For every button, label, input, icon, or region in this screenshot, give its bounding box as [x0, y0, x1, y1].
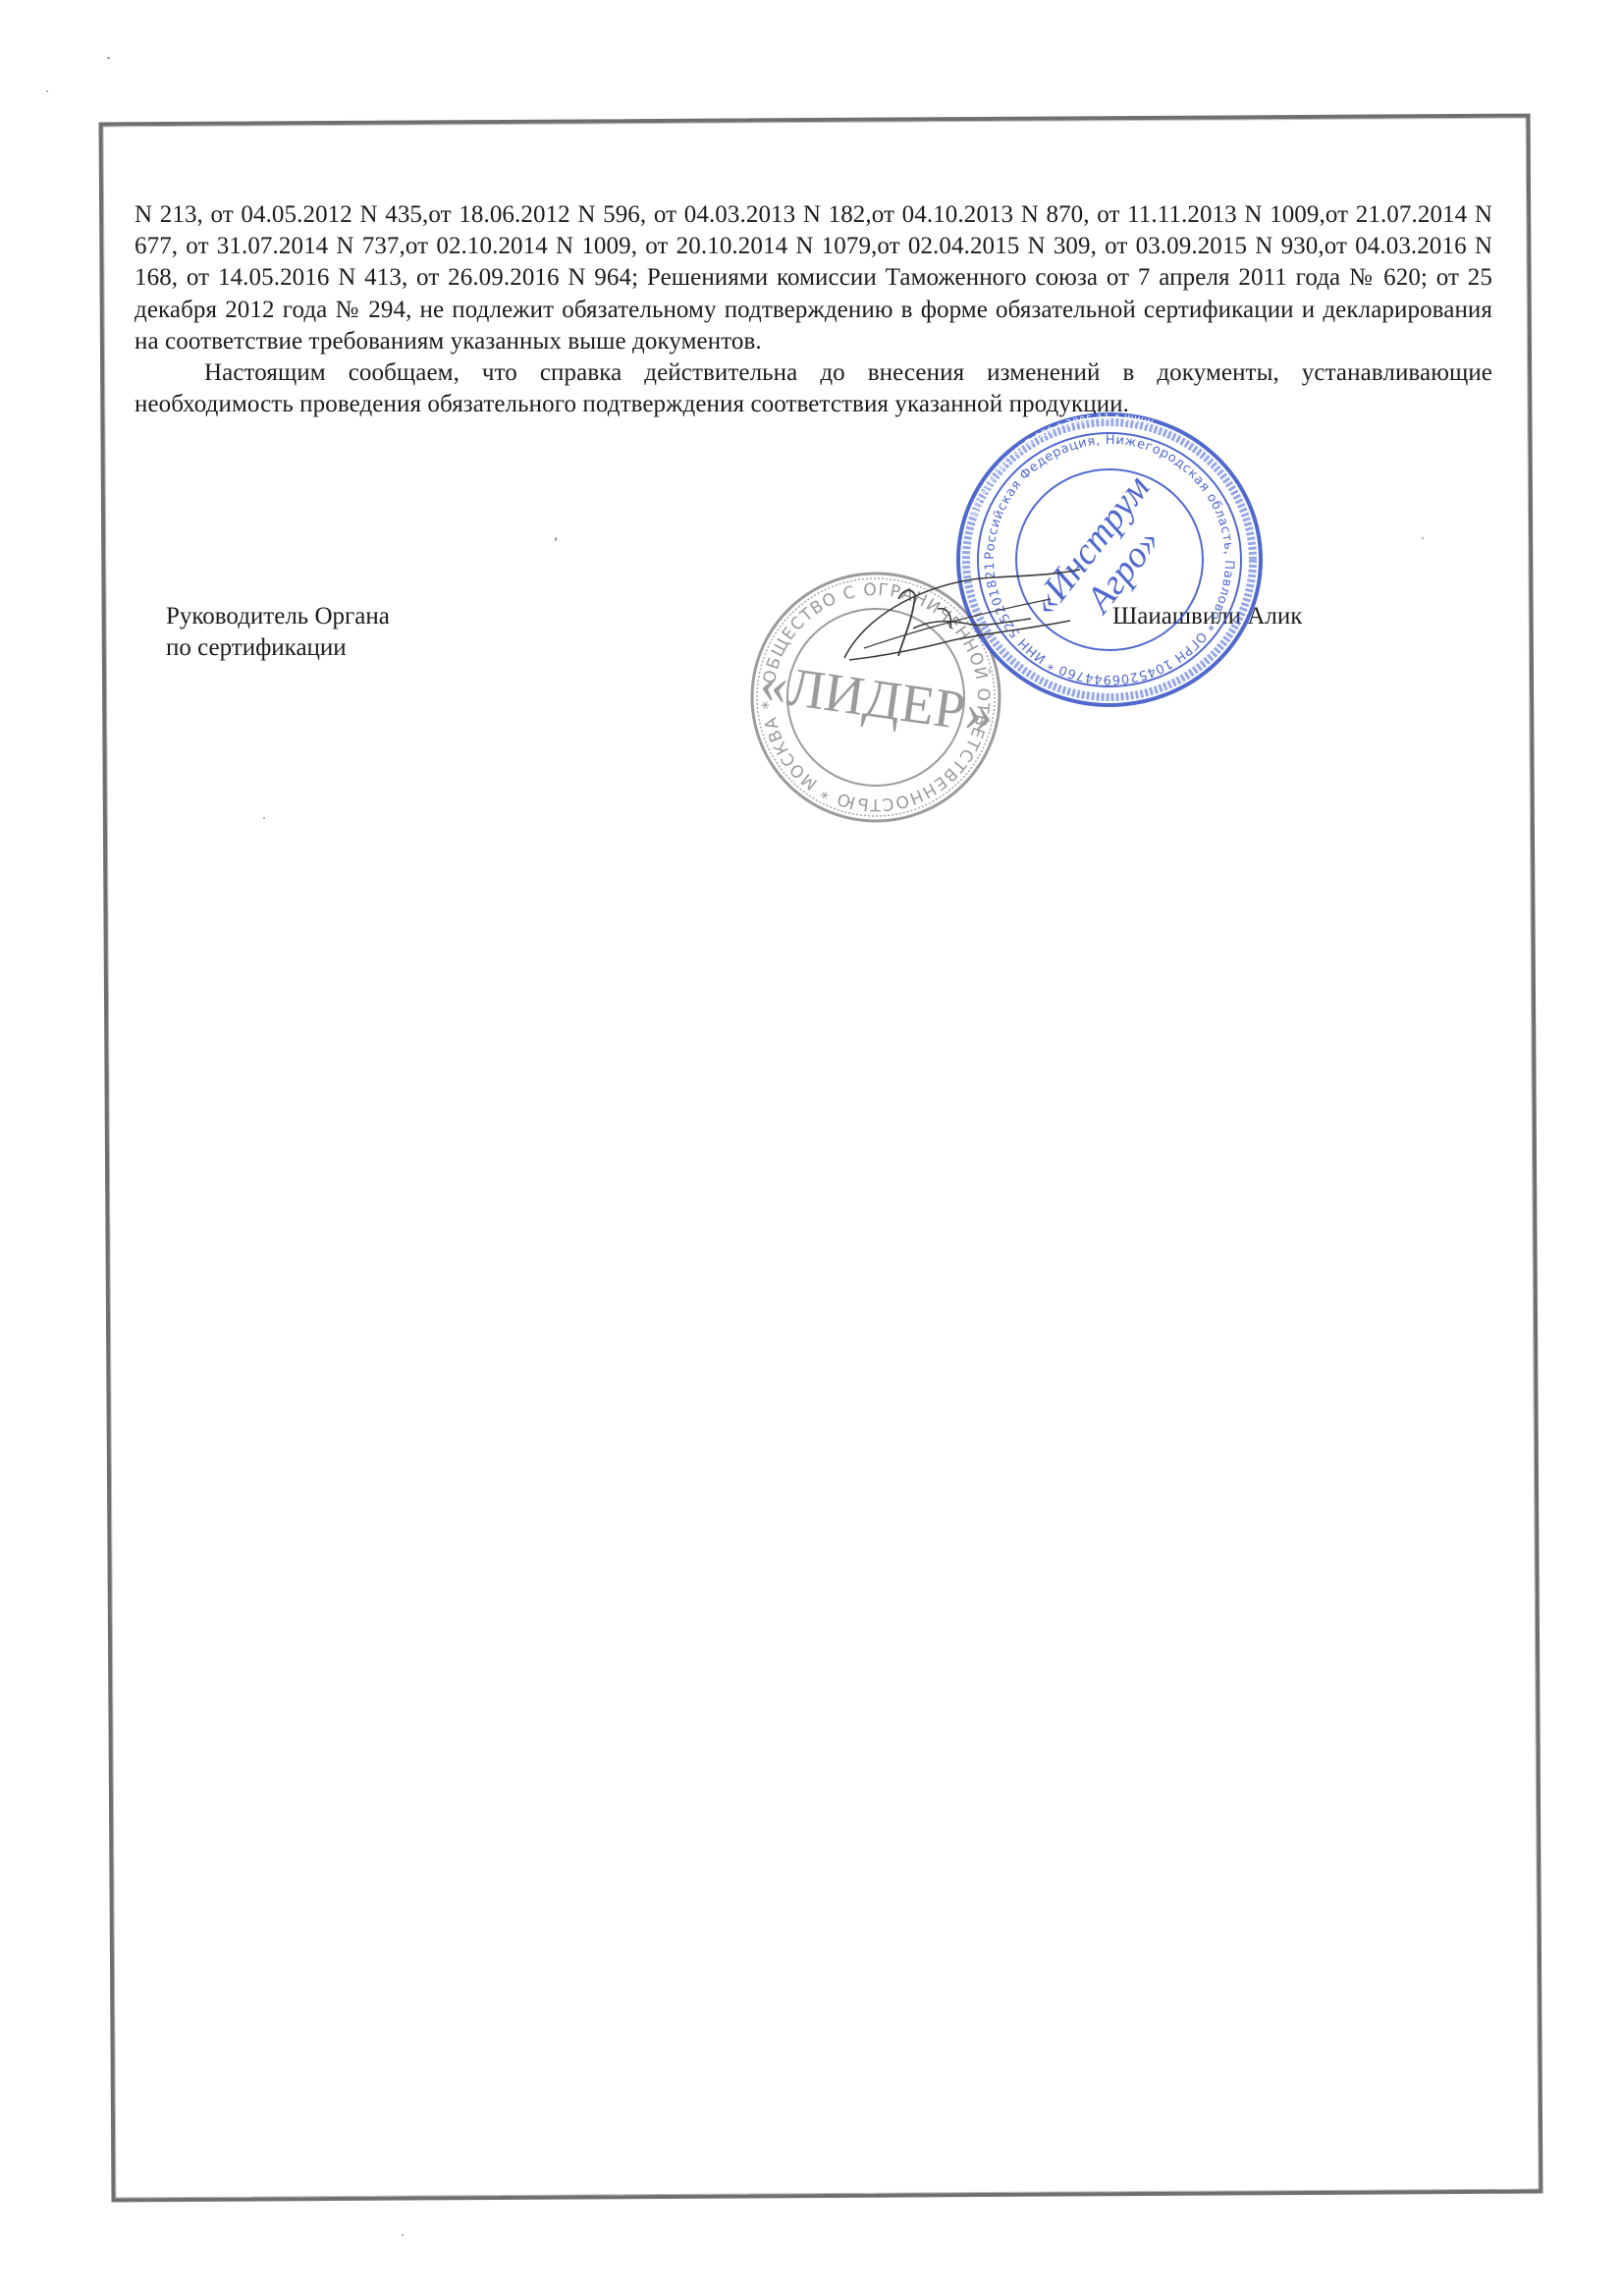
handwritten-signature [805, 550, 1100, 687]
paragraph-regulations: N 213, от 04.05.2012 N 435,от 18.06.2012… [135, 199, 1492, 357]
paragraph-validity-notice: Настоящим сообщаем, что справка действит… [135, 357, 1492, 420]
scan-speck [46, 90, 48, 92]
document-body: N 213, от 04.05.2012 N 435,от 18.06.2012… [135, 199, 1492, 420]
page-border-frame [99, 114, 1543, 2203]
signatory-title-line1: Руководитель Органа [166, 601, 390, 632]
signatory-title-line2: по сертификации [166, 632, 390, 664]
signature-scribble-icon [805, 550, 1100, 687]
signatory-title: Руководитель Органа по сертификации [166, 601, 390, 664]
scan-speck [107, 57, 110, 59]
scan-speck [402, 2234, 404, 2236]
